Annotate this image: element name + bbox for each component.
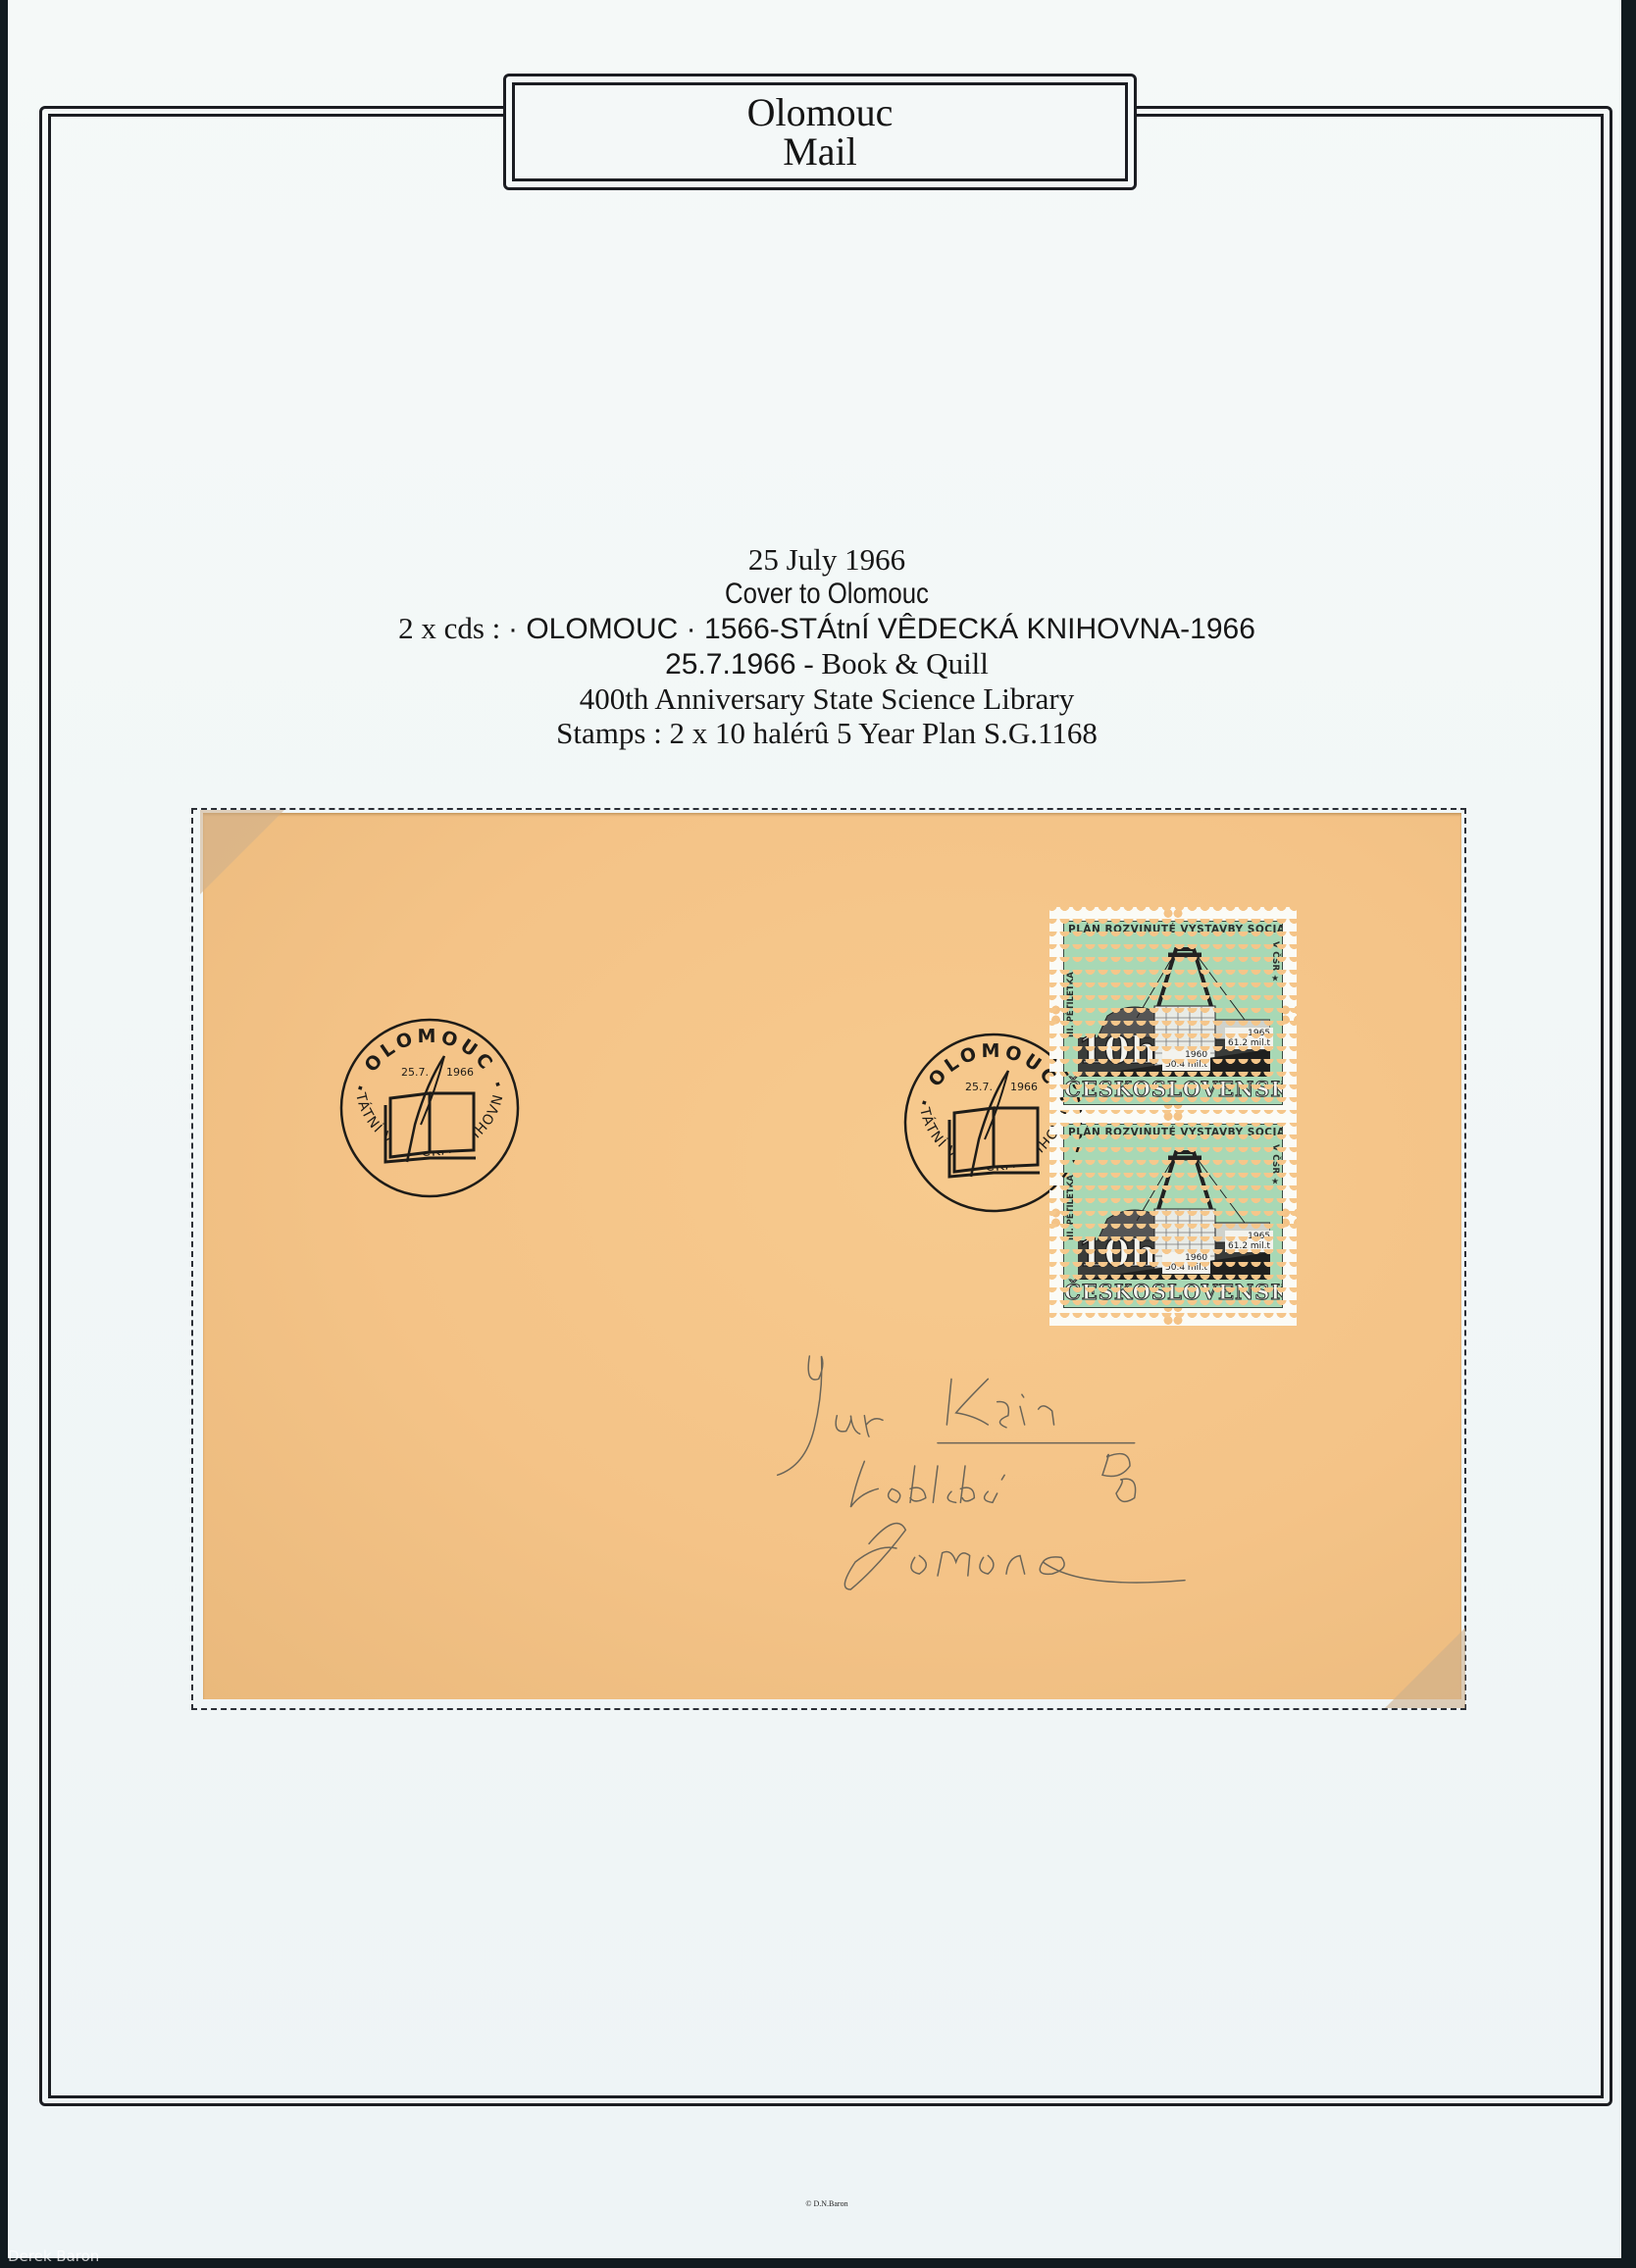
photo-corner-bottom-right <box>1385 1628 1465 1708</box>
stamp-value: 10h <box>1078 1028 1157 1072</box>
stamp-top-text: PLÁN ROZVINUTÉ VÝSTAVBY SOCIALISMU <box>1068 1127 1278 1138</box>
stamp-1965-label: 196561.2 mil.t <box>1225 1028 1273 1049</box>
stamp-design: PLÁN ROZVINUTÉ VÝSTAVBY SOCIALISMU III. … <box>1063 1124 1283 1308</box>
title-box: Olomouc Mail <box>512 82 1128 181</box>
anniversary-line: 400th Anniversary State Science Library <box>155 681 1499 716</box>
copyright-notice: © D.N.Baron <box>778 2199 876 2208</box>
page-title: Olomouc <box>747 93 894 132</box>
stamp-side-text: III. PĚTILETKA <box>1066 1144 1078 1272</box>
stamp-value: 10h <box>1078 1231 1157 1275</box>
cover-date: 25 July 1966 <box>155 542 1499 577</box>
svg-text:1966: 1966 <box>446 1066 474 1079</box>
cds-text: · OLOMOUC · 1566-STÁtnÍ VÊDECKÁ KNIHOVNA… <box>508 613 1255 645</box>
stamp-country: ČESKOSLOVENSKO <box>1064 1280 1282 1305</box>
stamp-side-text: III. PĚTILETKA <box>1066 941 1078 1069</box>
pencil-address-icon <box>753 1329 1204 1603</box>
watermark: Derek Baron <box>8 2247 99 2265</box>
cds-line: 2 x cds : · OLOMOUC · 1566-STÁtnÍ VÊDECK… <box>155 611 1499 646</box>
photo-corner-top-left <box>200 810 284 894</box>
stamp-top-text: PLÁN ROZVINUTÉ VÝSTAVBY SOCIALISMU <box>1068 924 1278 935</box>
cover-destination: Cover to Olomouc <box>249 577 1405 611</box>
book-and-quill-icon: · OLOMOUC · 1566·STÁTNÍ VĚDECKÁ KNIHOVNA… <box>336 1015 523 1201</box>
postmark-1: · OLOMOUC · 1566·STÁTNÍ VĚDECKÁ KNIHOVNA… <box>336 1015 523 1201</box>
album-page: Olomouc Mail 25 July 1966 Cover to Olomo… <box>8 0 1621 2258</box>
stamp-1: PLÁN ROZVINUTÉ VÝSTAVBY SOCIALISMU III. … <box>1049 907 1297 1123</box>
cds-design: - Book & Quill <box>796 646 989 680</box>
svg-text:25.7.: 25.7. <box>401 1066 429 1079</box>
svg-text:25.7.: 25.7. <box>965 1081 993 1093</box>
handwritten-address: Jar Křín Sokolská 10 Olomouc <box>753 1329 1204 1603</box>
stamp-1965-label: 196561.2 mil.t <box>1225 1231 1273 1252</box>
stamp-design: PLÁN ROZVINUTÉ VÝSTAVBY SOCIALISMU III. … <box>1063 921 1283 1105</box>
stamp-1960-label: 196050.4 mil.t <box>1162 1252 1210 1274</box>
cds-prefix: 2 x cds : <box>398 611 508 645</box>
stamp-country: ČESKOSLOVENSKO <box>1064 1077 1282 1102</box>
svg-text:1966: 1966 <box>1010 1081 1038 1093</box>
stamps-line: Stamps : 2 x 10 halérû 5 Year Plan S.G.1… <box>155 716 1499 750</box>
stamp-1960-label: 196050.4 mil.t <box>1162 1049 1210 1071</box>
stamp-2: PLÁN ROZVINUTÉ VÝSTAVBY SOCIALISMU III. … <box>1049 1110 1297 1326</box>
cds-date-line: 25.7.1966 - Book & Quill <box>155 646 1499 681</box>
cds-date: 25.7.1966 <box>665 648 795 680</box>
page-subtitle: Mail <box>783 132 857 172</box>
cover-description: 25 July 1966 Cover to Olomouc 2 x cds : … <box>155 542 1499 750</box>
